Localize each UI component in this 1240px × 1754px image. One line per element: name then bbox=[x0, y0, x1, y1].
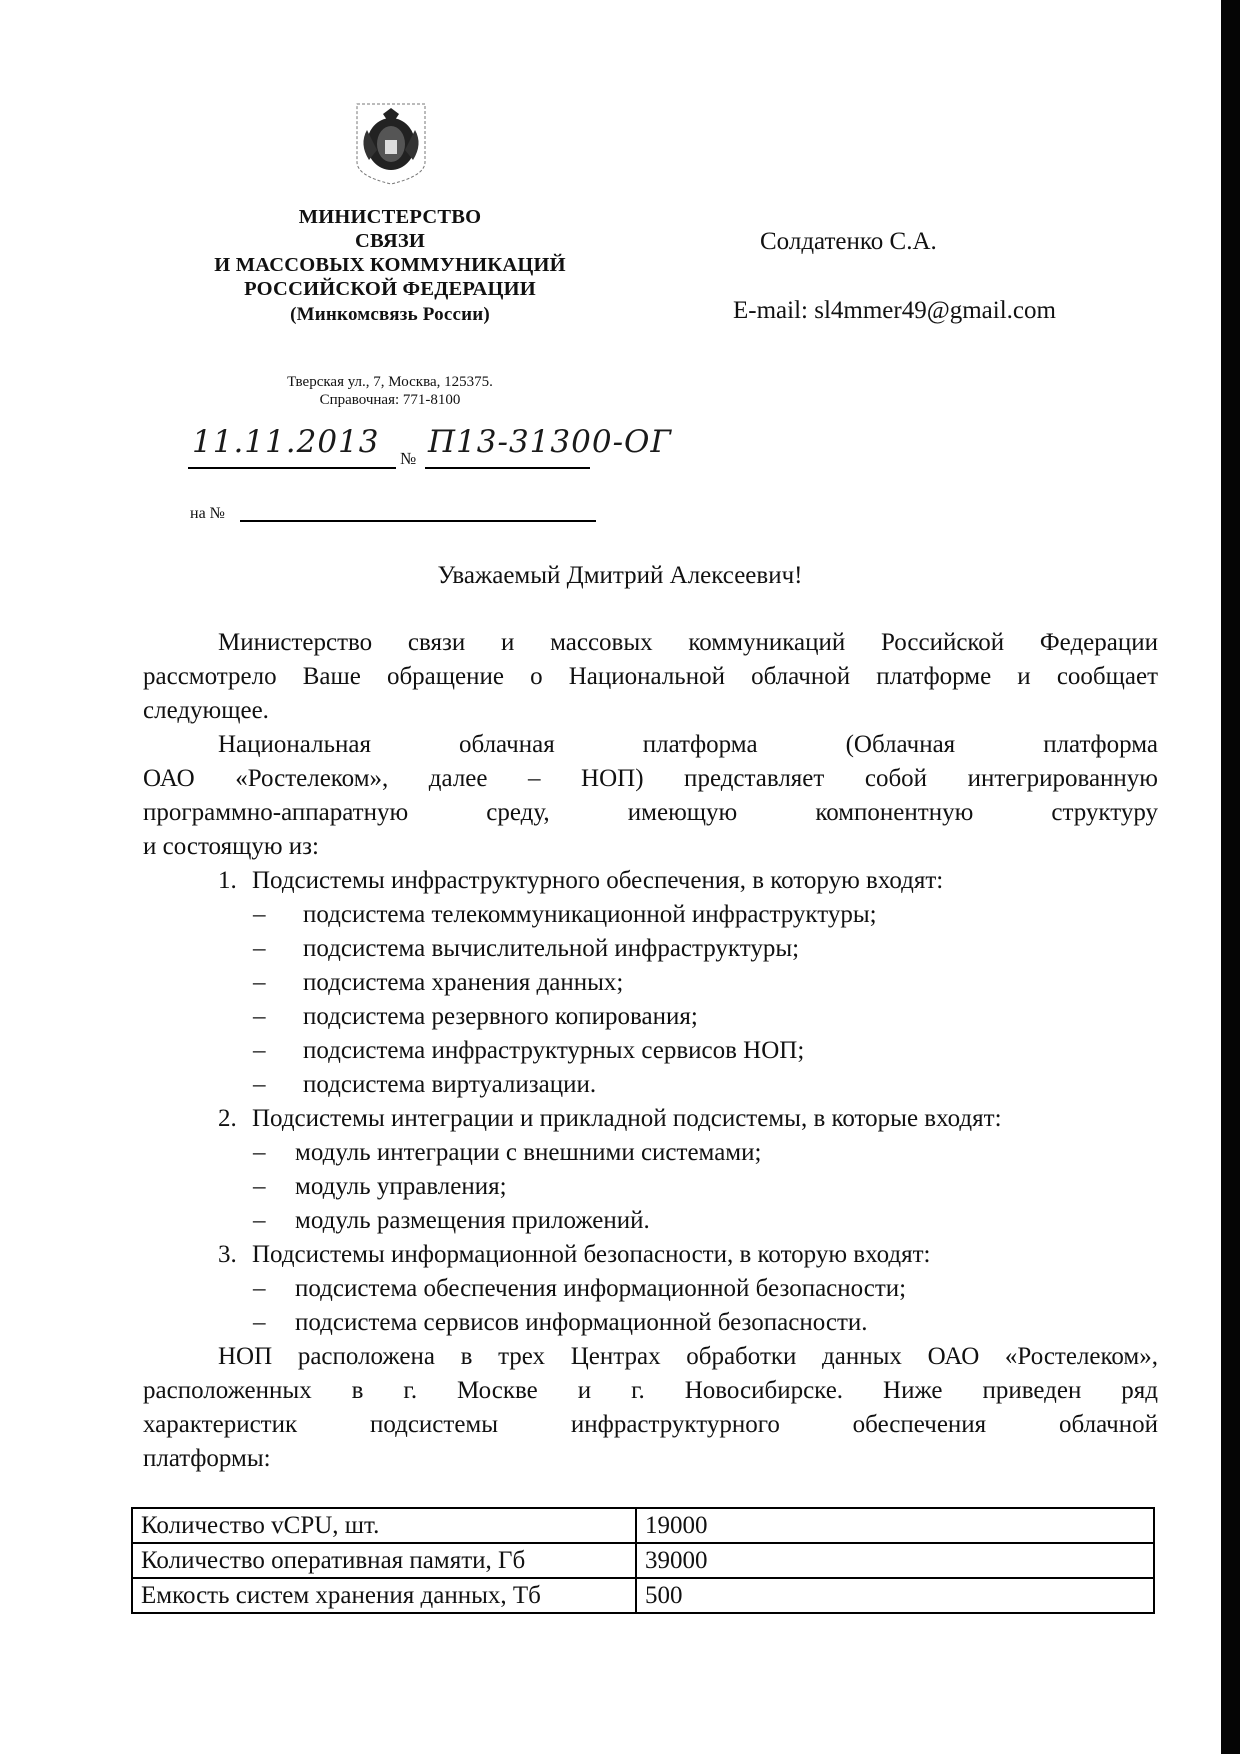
ministry-line: СВЯЗИ bbox=[180, 229, 600, 253]
list-item: –подсистема вычислительной инфраструктур… bbox=[143, 932, 1158, 966]
body-line: НОП расположена в трех Центрах обработки… bbox=[143, 1340, 1158, 1374]
recipient-email: E-mail: sl4mmer49@gmail.com bbox=[733, 297, 1056, 325]
list-item: –модуль интеграции с внешними системами; bbox=[143, 1136, 1158, 1170]
list-item: –подсистема телекоммуникационной инфраст… bbox=[143, 898, 1158, 932]
table-row: Количество vCPU, шт. 19000 bbox=[132, 1508, 1154, 1543]
body-line: следующее. bbox=[143, 694, 1158, 728]
reply-label: на № bbox=[190, 505, 225, 522]
body-line: расположенных в г. Москве и г. Новосибир… bbox=[143, 1374, 1158, 1408]
body-line: ОАО «Ростелеком», далее – НОП) представл… bbox=[143, 762, 1158, 796]
salutation: Уважаемый Дмитрий Алексеевич! bbox=[0, 562, 1240, 590]
body-line: платформы: bbox=[143, 1442, 1158, 1476]
body-line: Национальная облачная платформа (Облачна… bbox=[143, 728, 1158, 762]
ministry-line: РОССИЙСКОЙ ФЕДЕРАЦИИ bbox=[180, 277, 600, 301]
list-item: –подсистема инфраструктурных сервисов НО… bbox=[143, 1034, 1158, 1068]
address-line: Тверская ул., 7, Москва, 125375. bbox=[200, 373, 580, 391]
number-underline bbox=[425, 467, 590, 469]
list-item: –подсистема виртуализации. bbox=[143, 1068, 1158, 1102]
reply-reference: на № bbox=[190, 505, 225, 523]
list-item: –модуль управления; bbox=[143, 1170, 1158, 1204]
ministry-address: Тверская ул., 7, Москва, 125375. Справоч… bbox=[200, 373, 580, 409]
spec-value: 19000 bbox=[636, 1508, 1154, 1543]
section-2-title: 2.Подсистемы интеграции и прикладной под… bbox=[143, 1102, 1158, 1136]
spec-label: Емкость систем хранения данных, Тб bbox=[132, 1578, 636, 1613]
reply-underline bbox=[240, 520, 596, 522]
list-item: –подсистема хранения данных; bbox=[143, 966, 1158, 1000]
ministry-line: МИНИСТЕРСТВО bbox=[180, 205, 600, 229]
date-underline bbox=[188, 467, 396, 469]
phone-line: Справочная: 771-8100 bbox=[200, 391, 580, 409]
spec-label: Количество оперативная памяти, Гб bbox=[132, 1543, 636, 1578]
letter-date: 11.11.2013 bbox=[192, 424, 380, 460]
body-line: и состоящую из: bbox=[143, 830, 1158, 864]
spec-value: 39000 bbox=[636, 1543, 1154, 1578]
letter-number: П13-31300-ОГ bbox=[428, 424, 672, 460]
scan-edge-bar bbox=[1221, 0, 1240, 1754]
body-line: Министерство связи и массовых коммуникац… bbox=[143, 626, 1158, 660]
table-row: Количество оперативная памяти, Гб 39000 bbox=[132, 1543, 1154, 1578]
ministry-name: МИНИСТЕРСТВО СВЯЗИ И МАССОВЫХ КОММУНИКАЦ… bbox=[180, 205, 600, 327]
recipient-name: Солдатенко С.А. bbox=[760, 227, 937, 257]
section-3-title: 3.Подсистемы информационной безопасности… bbox=[143, 1238, 1158, 1272]
letter-body: Министерство связи и массовых коммуникац… bbox=[143, 626, 1158, 1476]
body-line: рассмотрело Ваше обращение о Национально… bbox=[143, 660, 1158, 694]
list-item: –подсистема резервного копирования; bbox=[143, 1000, 1158, 1034]
spec-label: Количество vCPU, шт. bbox=[132, 1508, 636, 1543]
body-line: программно-аппаратную среду, имеющую ком… bbox=[143, 796, 1158, 830]
table-row: Емкость систем хранения данных, Тб 500 bbox=[132, 1578, 1154, 1613]
coat-of-arms-icon bbox=[353, 100, 429, 186]
spec-value: 500 bbox=[636, 1578, 1154, 1613]
body-line: характеристик подсистемы инфраструктурно… bbox=[143, 1408, 1158, 1442]
section-1-title: 1.Подсистемы инфраструктурного обеспечен… bbox=[143, 864, 1158, 898]
ministry-line: И МАССОВЫХ КОММУНИКАЦИЙ bbox=[180, 253, 600, 277]
specs-table: Количество vCPU, шт. 19000 Количество оп… bbox=[131, 1507, 1155, 1614]
number-label: № bbox=[400, 449, 416, 469]
list-item: –подсистема сервисов информационной безо… bbox=[143, 1306, 1158, 1340]
list-item: –подсистема обеспечения информационной б… bbox=[143, 1272, 1158, 1306]
list-item: –модуль размещения приложений. bbox=[143, 1204, 1158, 1238]
ministry-abbr: (Минкомсвязь России) bbox=[180, 303, 600, 327]
